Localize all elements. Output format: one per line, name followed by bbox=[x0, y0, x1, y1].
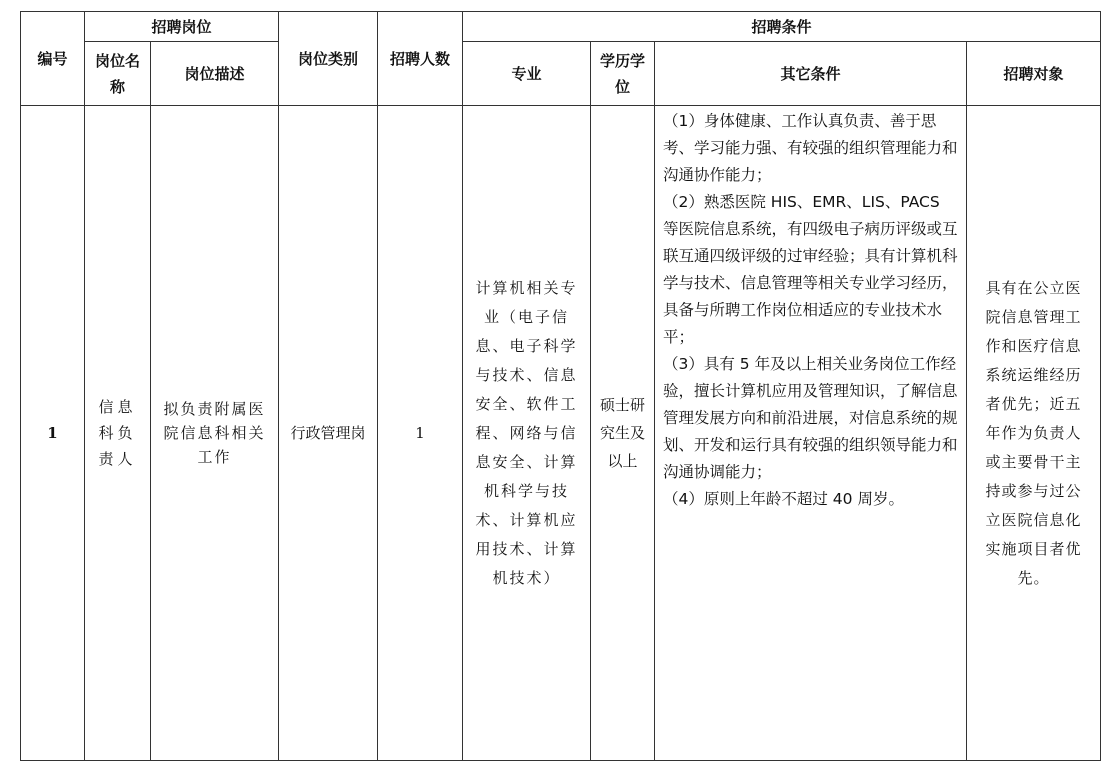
cell-other-conditions: （1）身体健康、工作认真负责、善于思考、学习能力强、有较强的组织管理能力和沟通协… bbox=[655, 106, 967, 761]
cell-target: 具有在公立医院信息管理工作和医疗信息系统运维经历者优先；近五年作为负责人或主要骨… bbox=[967, 106, 1101, 761]
header-id: 编号 bbox=[21, 12, 85, 106]
header-position-name: 岗位名称 bbox=[85, 42, 151, 106]
condition-item-1: （1）身体健康、工作认真负责、善于思考、学习能力强、有较强的组织管理能力和沟通协… bbox=[663, 108, 960, 189]
condition-item-3: （3）具有 5 年及以上相关业务岗位工作经验，擅长计算机应用及管理知识，了解信息… bbox=[663, 351, 960, 486]
header-position-group: 招聘岗位 bbox=[85, 12, 279, 42]
header-target: 招聘对象 bbox=[967, 42, 1101, 106]
recruitment-table: 编号 招聘岗位 岗位类别 招聘人数 招聘条件 岗位名称 岗位描述 专业 学历学位… bbox=[20, 11, 1101, 761]
cell-headcount: 1 bbox=[378, 106, 463, 761]
cell-education: 硕士研究生及以上 bbox=[591, 106, 655, 761]
cell-position-desc: 拟负责附属医院信息科相关工作 bbox=[151, 106, 279, 761]
cell-position-name: 信息科负责人 bbox=[85, 106, 151, 761]
condition-item-4: （4）原则上年龄不超过 40 周岁。 bbox=[663, 486, 960, 513]
cell-position-type: 行政管理岗 bbox=[279, 106, 378, 761]
header-headcount: 招聘人数 bbox=[378, 12, 463, 106]
header-position-type: 岗位类别 bbox=[279, 12, 378, 106]
cell-id: 1 bbox=[21, 106, 85, 761]
condition-item-2: （2）熟悉医院 HIS、EMR、LIS、PACS 等医院信息系统，有四级电子病历… bbox=[663, 189, 960, 351]
table-row: 1 信息科负责人 拟负责附属医院信息科相关工作 行政管理岗 1 计算机相关专业（… bbox=[21, 106, 1101, 761]
header-major: 专业 bbox=[463, 42, 591, 106]
header-other-conditions: 其它条件 bbox=[655, 42, 967, 106]
header-education: 学历学位 bbox=[591, 42, 655, 106]
header-conditions-group: 招聘条件 bbox=[463, 12, 1101, 42]
cell-major: 计算机相关专业（电子信息、电子科学与技术、信息安全、软件工程、网络与信息安全、计… bbox=[463, 106, 591, 761]
header-position-desc: 岗位描述 bbox=[151, 42, 279, 106]
